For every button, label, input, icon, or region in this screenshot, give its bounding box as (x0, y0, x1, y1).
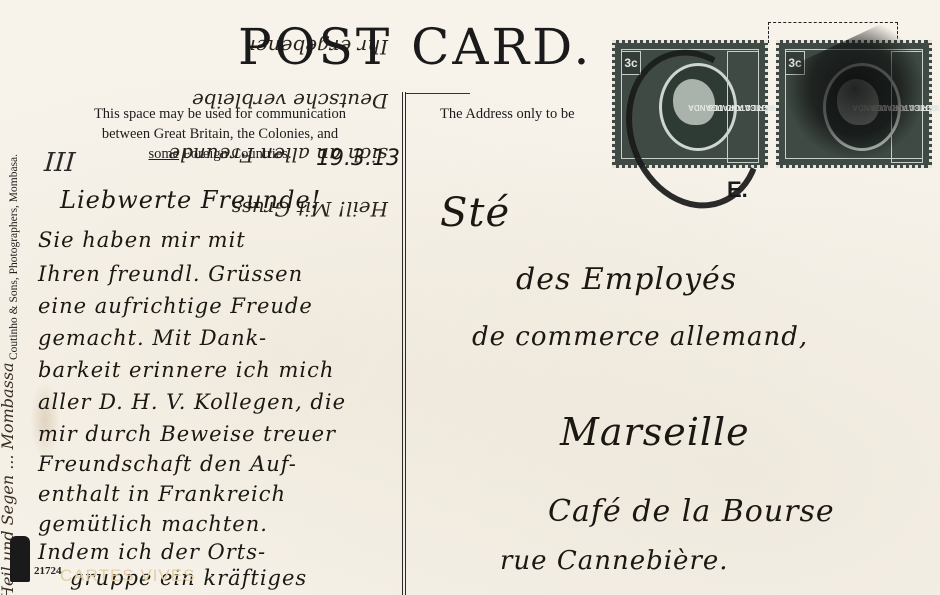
message-line: aller D. H. V. Kollegen, die (38, 390, 346, 414)
postcard-back: Heil! Mit Gruss sich an allen Freunde De… (0, 0, 940, 595)
address-line-6: rue Cannebière. (500, 546, 729, 576)
message-line: barkeit erinnere ich mich (38, 358, 334, 382)
address-line-4: Marseille (560, 410, 750, 454)
address-line-5: Café de la Bourse (548, 494, 835, 529)
instruction-line-1: This space may be used for communication (55, 104, 385, 124)
serial-number: 21724 (34, 565, 62, 577)
instruction-line-2: between Great Britain, the Colonies, and (55, 124, 385, 144)
publisher-logo-icon (10, 536, 30, 582)
address-label: The Address only to be (440, 106, 612, 123)
message-line: gemütlich machten. (38, 512, 268, 536)
address-line-3: de commerce allemand, (472, 322, 808, 352)
instruction-line-3-rest: Foreign Countries. (179, 146, 291, 162)
watermark: CARTES VIVES (60, 566, 195, 586)
address-line-2: des Employés (516, 262, 737, 297)
message-line: enthalt in Frankreich (38, 482, 286, 506)
message-line: Indem ich der Orts- (38, 540, 266, 564)
title-rule (405, 93, 470, 94)
message-line: Ihren freundl. Grüssen (38, 262, 303, 286)
message-line: gemacht. Mit Dank- (38, 326, 267, 350)
message-line: Sie haben mir mit (38, 228, 246, 252)
stamp-value: 3c (621, 51, 641, 75)
salutation: Liebwerte Freunde! (60, 186, 321, 214)
postcard-title: POST CARD. (238, 18, 592, 76)
message-line: mir durch Beweise treuer (38, 422, 336, 446)
postmark-letter: E. (727, 177, 748, 203)
message-line: Freundschaft den Auf- (38, 452, 297, 476)
message-date: 19.3.13 (316, 146, 400, 171)
address-line-1: Sté (440, 190, 510, 236)
underlined-word: some (149, 146, 180, 162)
publisher-credit: Coutinho & Sons, Photographers, Mombasa. (8, 154, 20, 360)
center-divider (402, 92, 406, 595)
message-line: eine aufrichtige Freude (38, 294, 313, 318)
